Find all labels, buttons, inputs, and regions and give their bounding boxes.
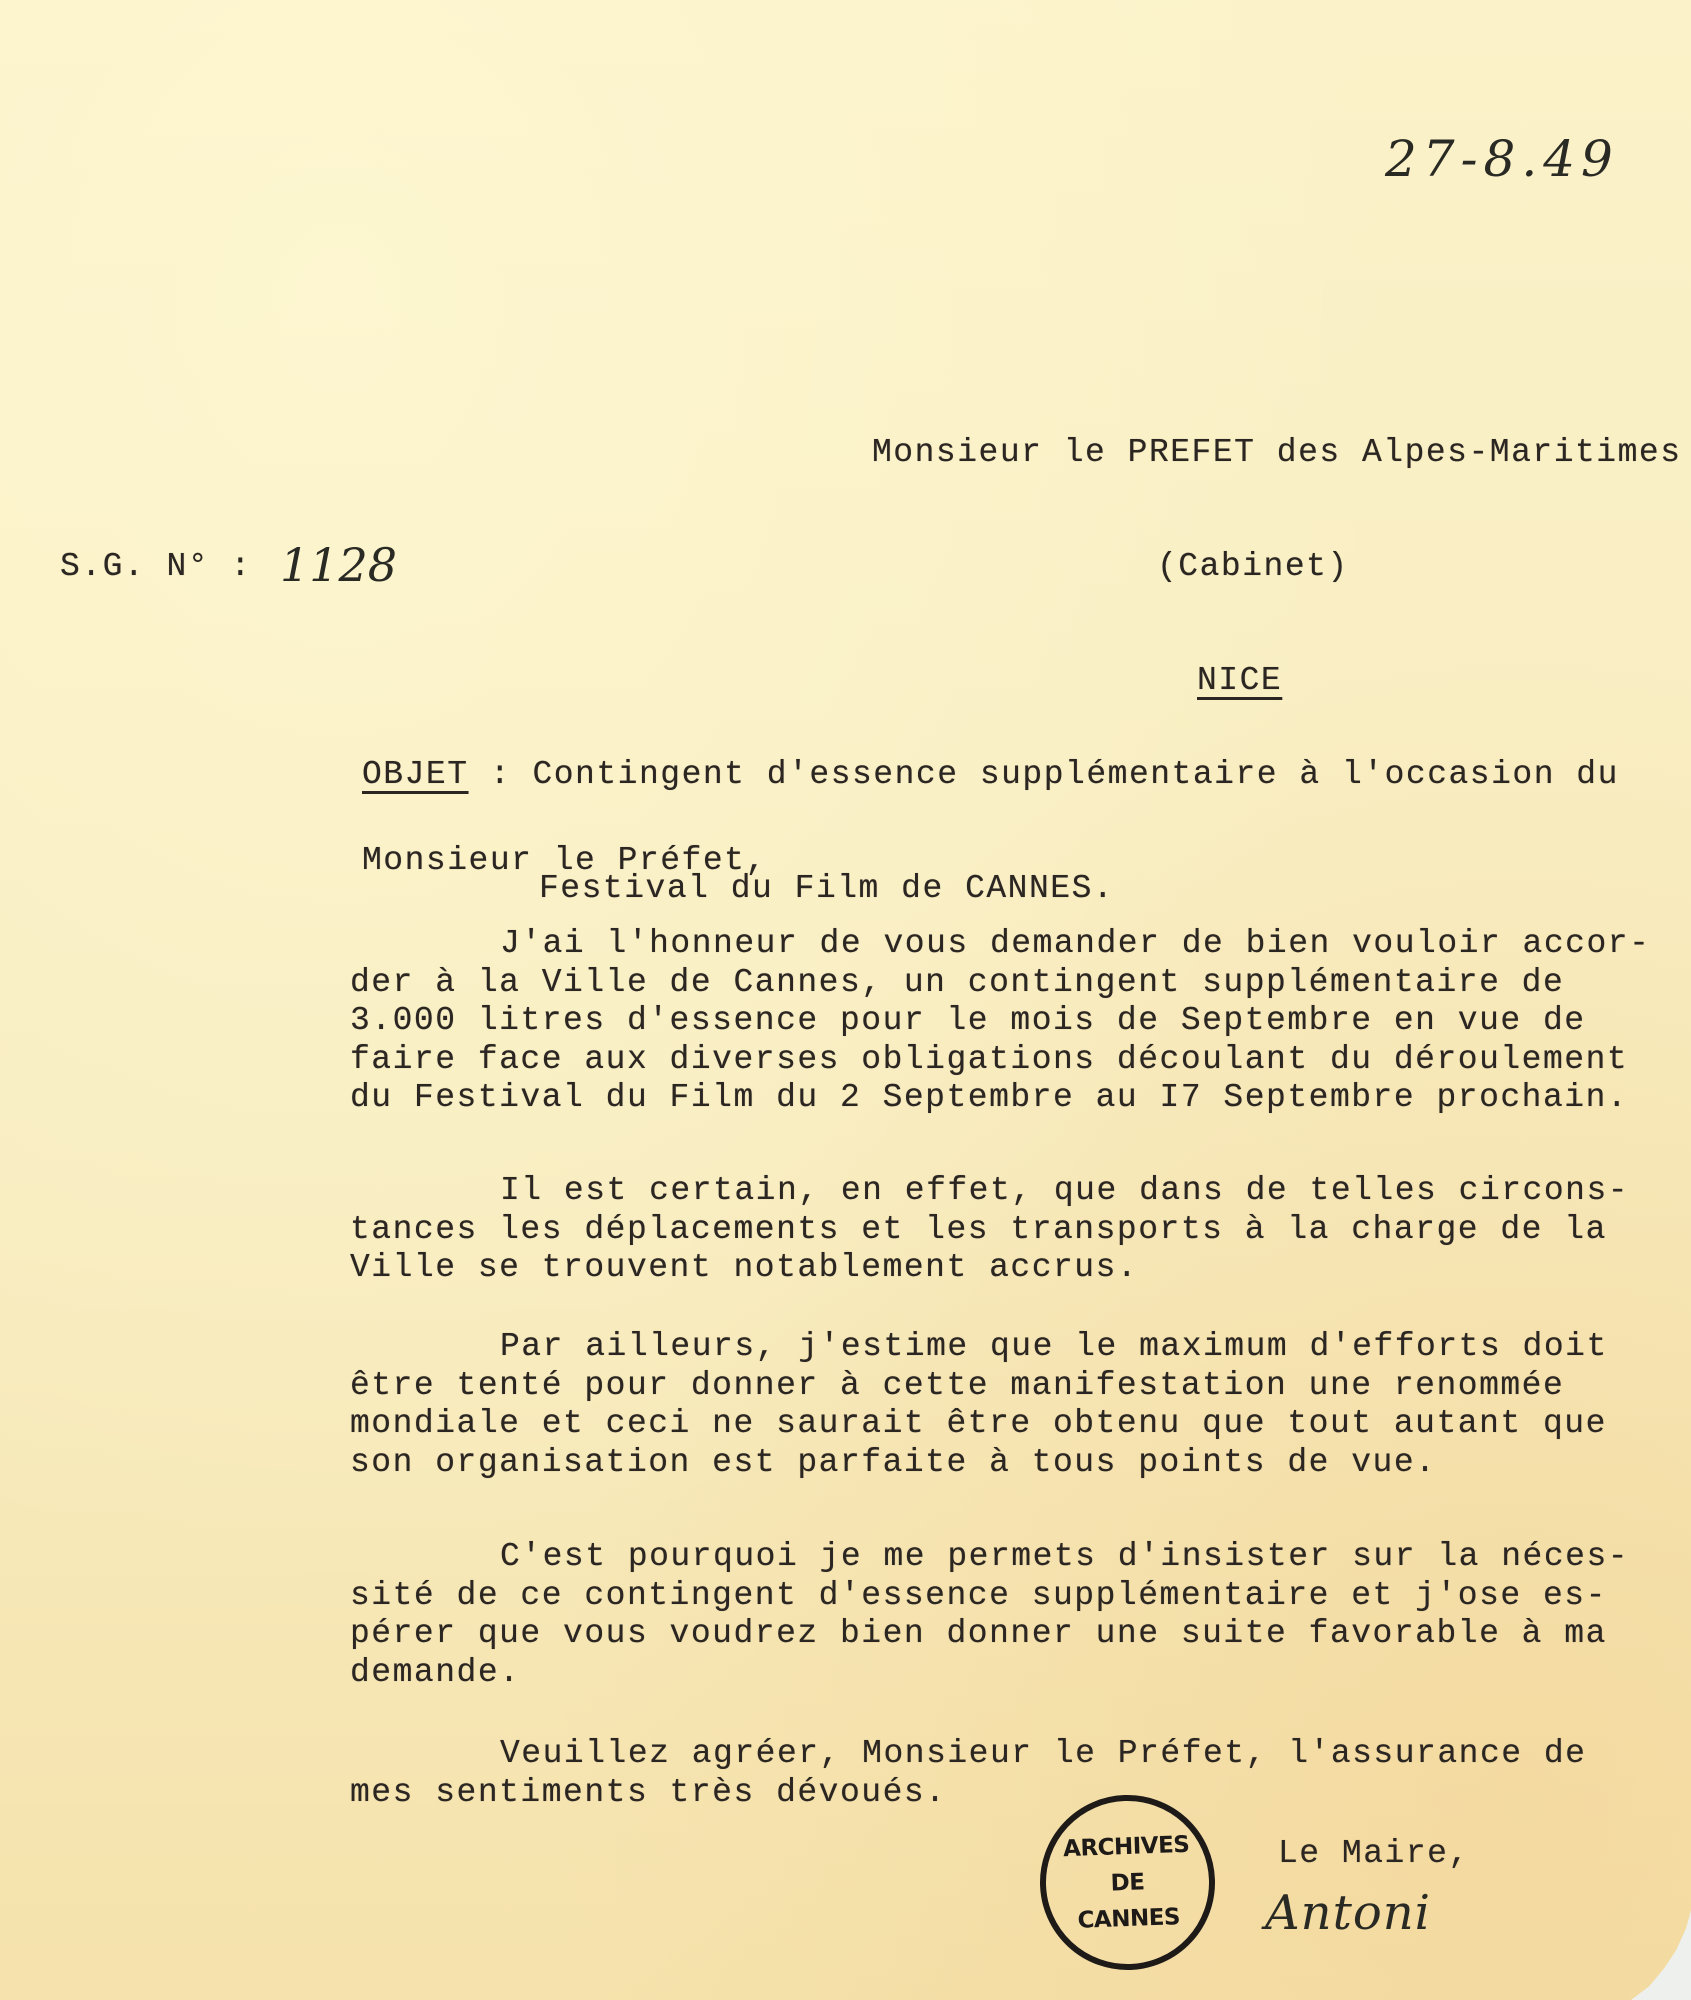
paragraph-line: son organisation est parfaite à tous poi… bbox=[350, 1444, 1670, 1483]
signoff: Le Maire, bbox=[1278, 1835, 1470, 1873]
paragraph-line: demande. bbox=[350, 1654, 1670, 1693]
stamp-line-2: DE bbox=[1110, 1864, 1145, 1901]
paragraph-line: C'est pourquoi je me permets d'insister … bbox=[350, 1538, 1670, 1577]
letter-page: 27-8.49 Monsieur le PREFET des Alpes-Mar… bbox=[0, 0, 1691, 2000]
subject-text-1: Contingent d'essence supplémentaire à l'… bbox=[532, 756, 1618, 793]
recipient-office: (Cabinet) bbox=[872, 548, 1682, 586]
paragraph-line: J'ai l'honneur de vous demander de bien … bbox=[350, 925, 1670, 964]
paragraph-line: être tenté pour donner à cette manifesta… bbox=[350, 1367, 1670, 1406]
reference-label: S.G. N° : bbox=[60, 548, 252, 586]
paragraph-line: pérer que vous voudrez bien donner une s… bbox=[350, 1615, 1670, 1654]
paragraph-line: faire face aux diverses obligations déco… bbox=[350, 1041, 1670, 1080]
subject-separator: : bbox=[469, 756, 533, 793]
closing-paragraph: Veuillez agréer, Monsieur le Préfet, l'a… bbox=[350, 1735, 1670, 1812]
paragraph-line: Par ailleurs, j'estime que le maximum d'… bbox=[350, 1328, 1670, 1367]
archives-stamp: ARCHIVES DE CANNES bbox=[1037, 1792, 1218, 1973]
paragraph-line: 3.000 litres d'essence pour le mois de S… bbox=[350, 1002, 1670, 1041]
paragraph-1: J'ai l'honneur de vous demander de bien … bbox=[350, 925, 1670, 1118]
subject-line-1: OBJET : Contingent d'essence supplémenta… bbox=[362, 756, 1619, 794]
paragraph-line: tances les déplacements et les transport… bbox=[350, 1211, 1670, 1250]
paragraph-4: C'est pourquoi je me permets d'insister … bbox=[350, 1538, 1670, 1692]
stamp-line-1: ARCHIVES bbox=[1063, 1826, 1190, 1866]
recipient-title: Monsieur le PREFET des Alpes-Maritimes bbox=[872, 434, 1682, 472]
paragraph-line: mondiale et ceci ne saurait être obtenu … bbox=[350, 1405, 1670, 1444]
subject-label: OBJET bbox=[362, 756, 469, 793]
handwritten-date: 27-8.49 bbox=[1385, 130, 1619, 188]
signature: Antoni bbox=[1265, 1885, 1431, 1941]
torn-corner bbox=[1631, 1910, 1691, 2000]
paragraph-line: Ville se trouvent notablement accrus. bbox=[350, 1249, 1670, 1288]
paragraph-line: Il est certain, en effet, que dans de te… bbox=[350, 1172, 1670, 1211]
paragraph-line: der à la Ville de Cannes, un contingent … bbox=[350, 964, 1670, 1003]
salutation: Monsieur le Préfet, bbox=[362, 842, 767, 880]
stamp-line-3: CANNES bbox=[1077, 1899, 1181, 1939]
paragraph-line: sité de ce contingent d'essence suppléme… bbox=[350, 1577, 1670, 1616]
paragraph-3: Par ailleurs, j'estime que le maximum d'… bbox=[350, 1328, 1670, 1482]
paragraph-line: Veuillez agréer, Monsieur le Préfet, l'a… bbox=[350, 1735, 1670, 1774]
paragraph-2: Il est certain, en effet, que dans de te… bbox=[350, 1172, 1670, 1288]
paragraph-line: du Festival du Film du 2 Septembre au I7… bbox=[350, 1079, 1670, 1118]
reference-number: 1128 bbox=[280, 538, 397, 592]
paragraph-line: mes sentiments très dévoués. bbox=[350, 1774, 1670, 1813]
